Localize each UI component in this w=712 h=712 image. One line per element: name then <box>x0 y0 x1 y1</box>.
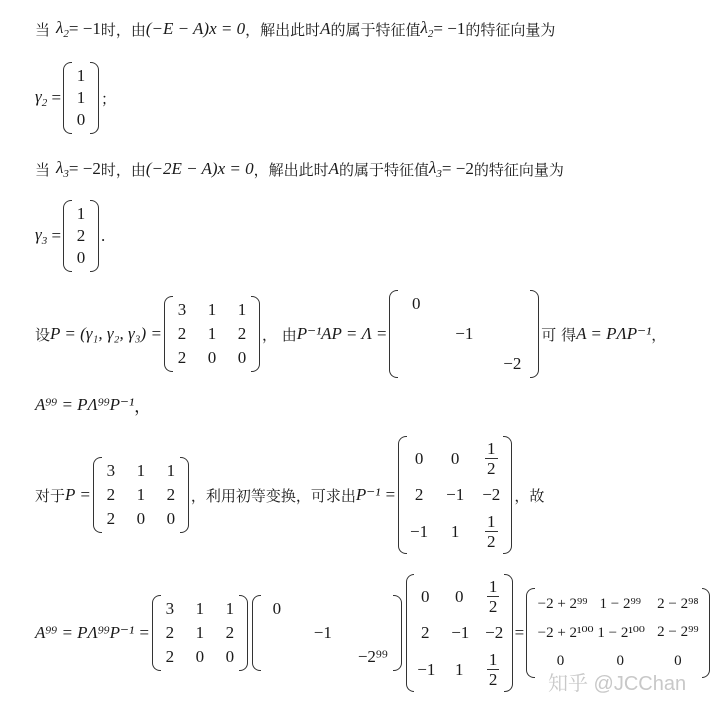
text: 的特征向量为 <box>465 19 555 40</box>
matrix-symbol: A <box>320 19 330 39</box>
text: 的属于特征值 <box>339 159 429 180</box>
text: . <box>101 226 105 246</box>
text: 的属于特征值 <box>331 19 421 40</box>
equation: A⁹⁹ = PΛ⁹⁹P⁻¹ = <box>35 623 150 643</box>
watermark: 知乎 @JCChan <box>548 667 686 696</box>
line-eigen-lambda2: 当 λ2 = −1 时，由 (−E − A)x = 0 ，解出此时 A 的属于特… <box>35 18 555 40</box>
matrix-P-inverse: 0012 2−1−2 −1112 <box>398 436 512 554</box>
text: ，解出此时 <box>254 159 329 180</box>
gamma2-label: γ2 <box>35 87 47 109</box>
text: ，故 <box>514 485 544 506</box>
vector: 1 2 0 <box>63 200 99 272</box>
matrix-P: 311 212 200 <box>152 595 248 671</box>
vector: 1 1 0 <box>63 62 99 134</box>
text: 时，由 <box>101 159 146 180</box>
text: 时，由 <box>101 19 146 40</box>
lambda2: λ2 <box>56 18 69 40</box>
matrix-symbol: A <box>329 159 339 179</box>
text: 当 <box>35 19 50 40</box>
text: 对于 <box>35 485 65 506</box>
text: ，利用初等变换，可求出 <box>191 485 356 506</box>
equation: P = <box>65 485 91 505</box>
value: = −2 <box>69 159 101 179</box>
equation: P = (γ₁, γ₂, γ₃) = <box>50 324 162 344</box>
text: 设 <box>35 324 50 345</box>
text: ， <box>651 324 666 345</box>
matrix-P-inverse: 0012 2−1−2 −1112 <box>406 574 513 692</box>
lambda2: λ2 <box>421 18 434 40</box>
line-power: A⁹⁹ = PΛ⁹⁹P⁻¹ ， <box>35 392 151 417</box>
equation: P⁻¹AP = Λ = <box>297 324 388 344</box>
equals: = <box>515 623 525 643</box>
value: = −1 <box>69 19 101 39</box>
equation: A = PΛP⁻¹ <box>576 324 651 344</box>
vector-gamma3: γ3 = 1 2 0 . <box>35 200 105 272</box>
value: = −2 <box>442 159 474 179</box>
matrix-P: 311 212 200 <box>93 457 189 533</box>
matrix-Lambda99: 0 −1 −2⁹⁹ <box>252 595 402 671</box>
equation: (−E − A)x = 0 <box>146 19 245 39</box>
gamma3-label: γ3 <box>35 225 47 247</box>
text: ， 由 <box>262 324 297 345</box>
text: 的特征向量为 <box>474 159 564 180</box>
equation: A⁹⁹ = PΛ⁹⁹P⁻¹ <box>35 395 134 415</box>
lambda3: λ3 <box>56 158 69 180</box>
equation: (−2E − A)x = 0 <box>146 159 254 179</box>
matrix-Lambda: 0 −1 −2 <box>389 290 539 378</box>
vector-gamma2: γ2 = 1 1 0 ； <box>35 62 116 134</box>
matrix-result: −2 + 2⁹⁹1 − 2⁹⁹2 − 2⁹⁸ −2 + 2¹⁰⁰1 − 2¹⁰⁰… <box>526 588 710 678</box>
text: ，解出此时 <box>245 19 320 40</box>
matrix-P: 311 212 200 <box>164 296 260 372</box>
lambda3: λ3 <box>429 158 442 180</box>
text: ， <box>134 392 151 417</box>
text: ； <box>101 88 116 109</box>
line-diagonalization: 设 P = (γ₁, γ₂, γ₃) = 311 212 200 ， 由 P⁻¹… <box>35 290 666 378</box>
text: 可 得 <box>541 324 576 345</box>
line-inverse: 对于 P = 311 212 200 ，利用初等变换，可求出 P⁻¹ = 001… <box>35 436 544 554</box>
text: 当 <box>35 159 50 180</box>
line-eigen-lambda3: 当 λ3 = −2 时，由 (−2E − A)x = 0 ，解出此时 A 的属于… <box>35 158 564 180</box>
value: = −1 <box>433 19 465 39</box>
equation: P⁻¹ = <box>356 485 396 505</box>
